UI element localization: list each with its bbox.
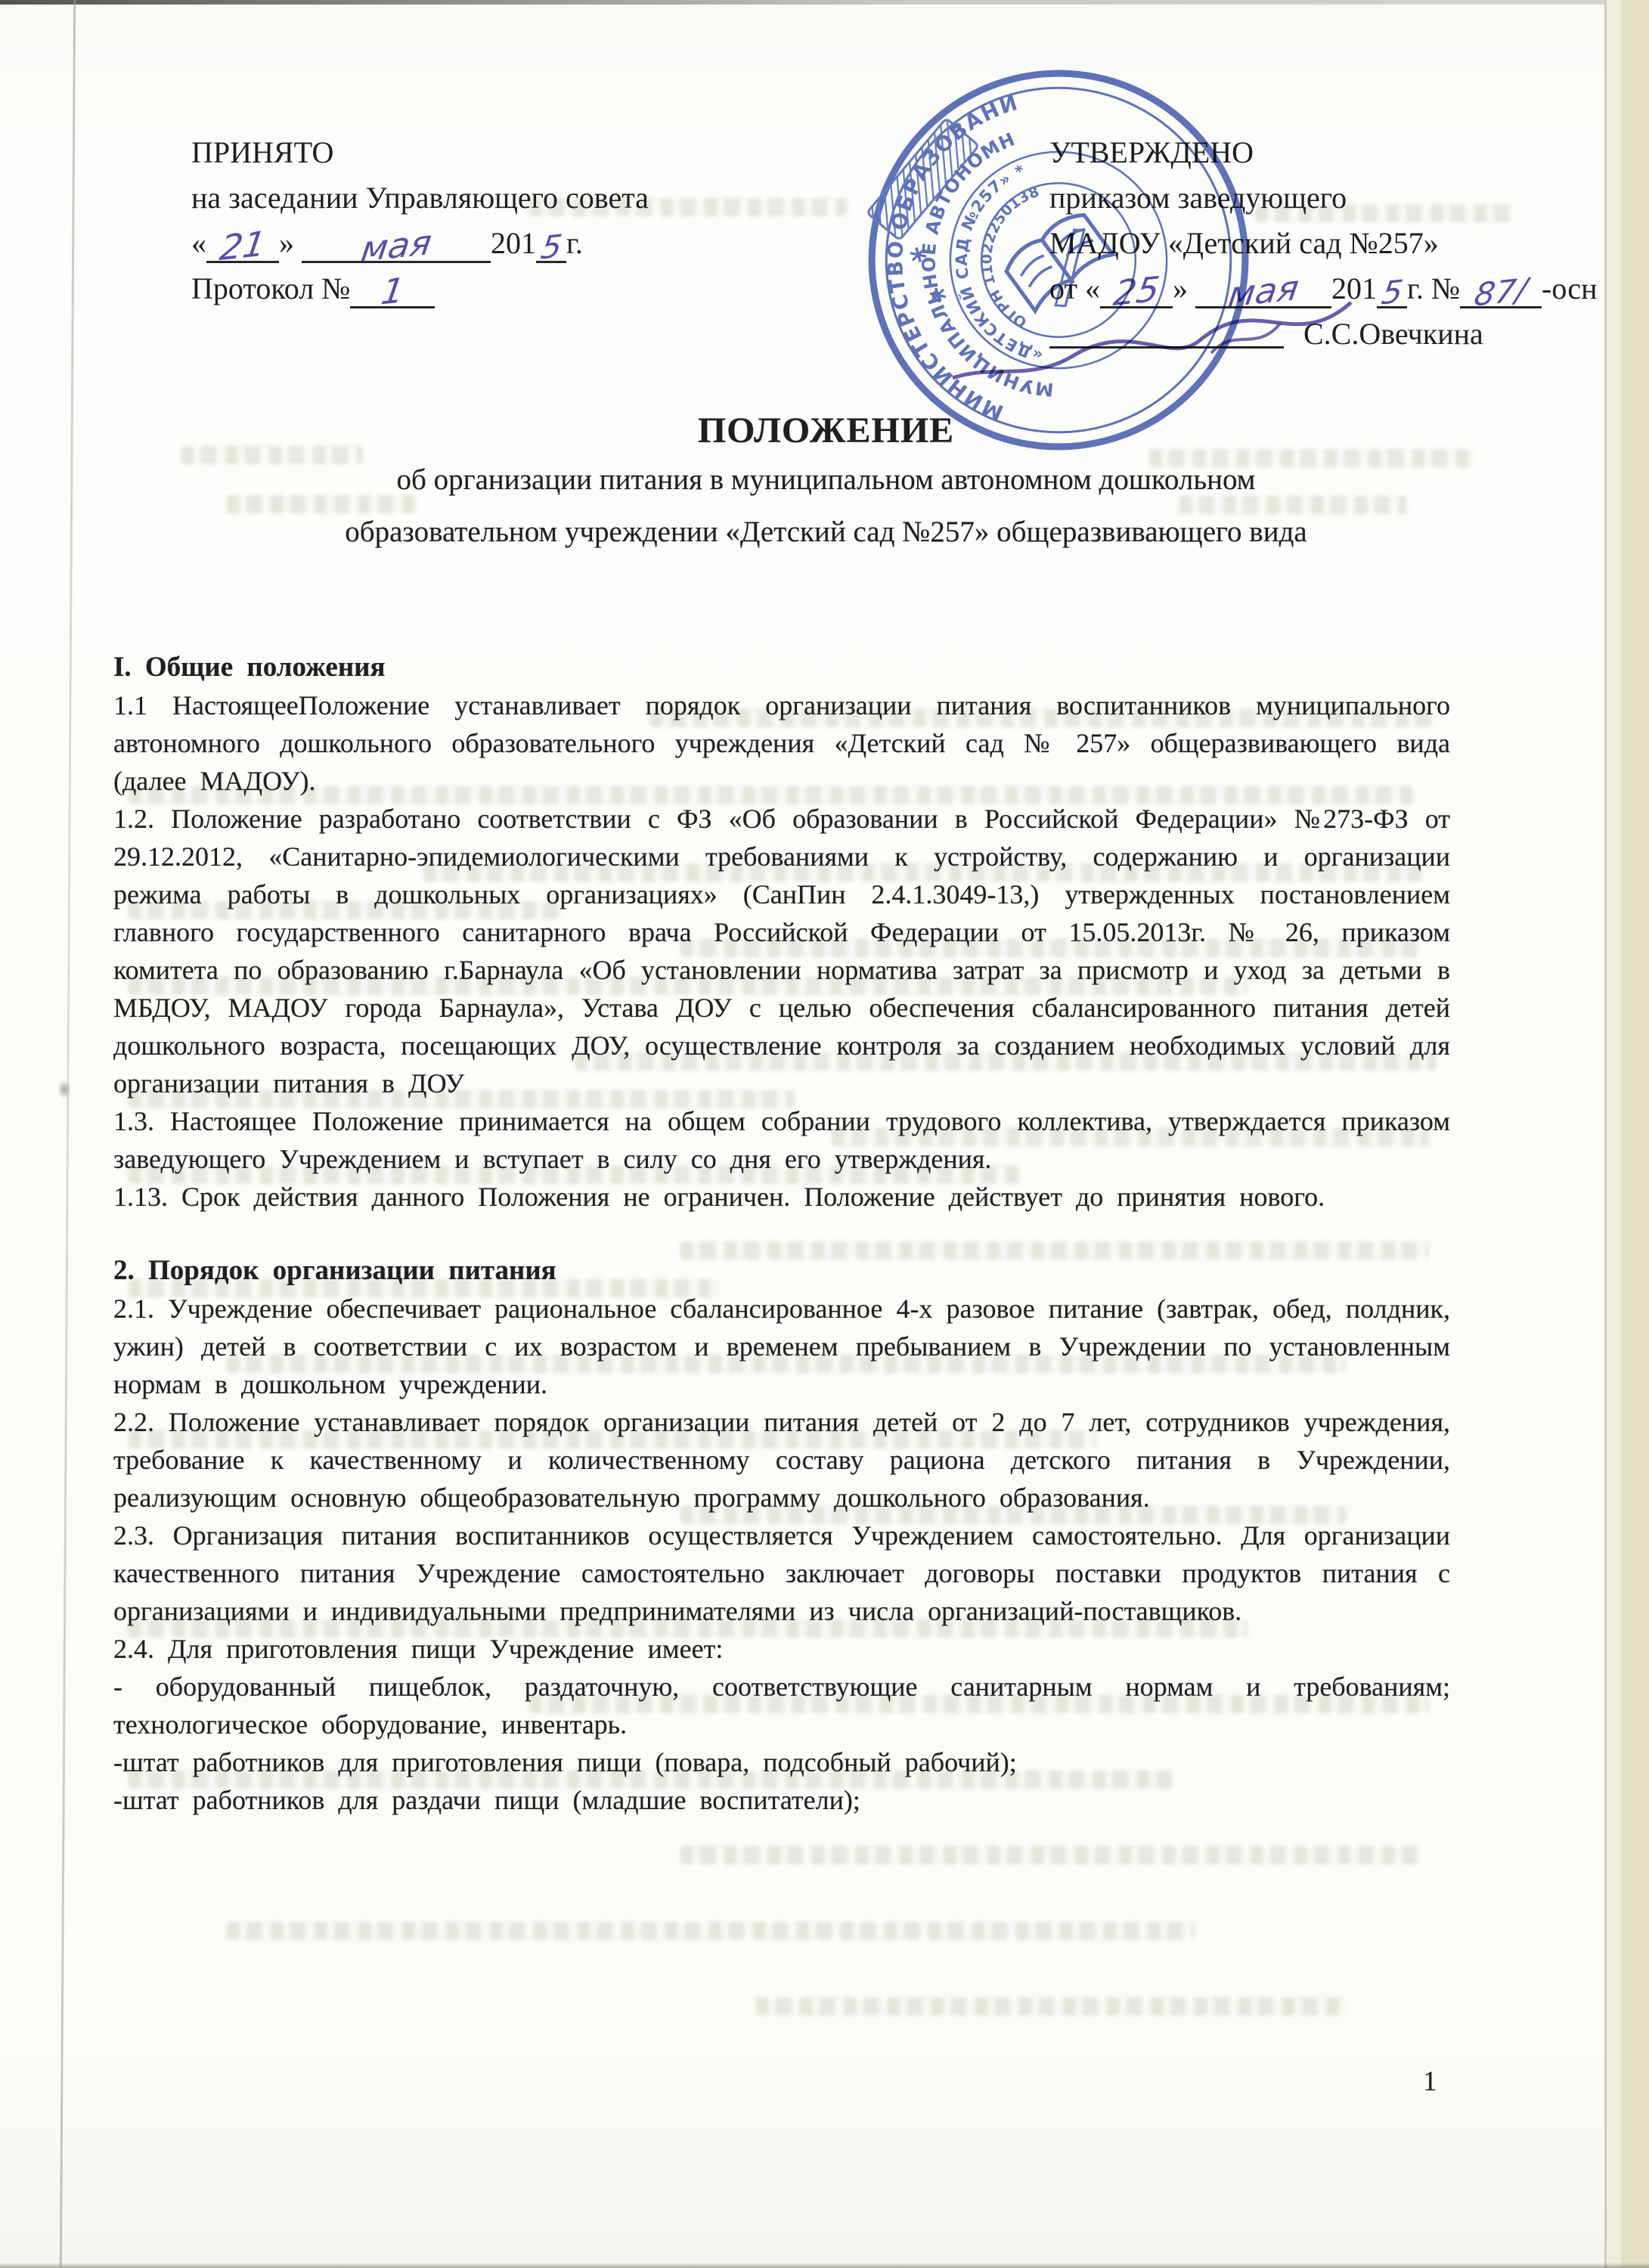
- paragraph: -штат работников для раздачи пищи (младш…: [113, 1781, 1450, 1819]
- paragraph: 2.4. Для приготовления пищи Учреждение и…: [113, 1630, 1450, 1668]
- bleed-through-text: [227, 1922, 1195, 1940]
- document-page: ПРИНЯТО на заседании Управляющего совета…: [0, 0, 1649, 2268]
- bleed-through-text: [680, 1846, 1421, 1864]
- paragraph: - оборудованный пищеблок, раздаточную, с…: [113, 1668, 1450, 1743]
- title-subtitle-line2: образовательном учреждении «Детский сад …: [91, 508, 1561, 556]
- section2-heading: 2. Порядок организации питания: [113, 1252, 1450, 1290]
- accepted-block: ПРИНЯТО на заседании Управляющего совета…: [191, 130, 649, 311]
- handwritten-day: 21: [219, 232, 267, 259]
- page-title: ПОЛОЖЕНИЕ: [91, 410, 1561, 451]
- scan-edge-bottom: [0, 2263, 1649, 2268]
- paragraph: 1.3. Настоящее Положение принимается на …: [113, 1102, 1450, 1178]
- paragraph: 2.2. Положение устанавливает порядок орг…: [113, 1403, 1450, 1517]
- paragraph: 1.1 НастоящееПоложение устанавливает пор…: [113, 686, 1450, 800]
- paragraph: 1.2. Положение разработано соответствии …: [113, 800, 1450, 1102]
- handwritten-month: мая: [360, 231, 433, 260]
- paragraph: 2.1. Учреждение обеспечивает рационально…: [113, 1290, 1450, 1403]
- accepted-date-line: «21» мая2015г.: [191, 221, 649, 266]
- protocol-line: Протокол №1: [191, 266, 649, 311]
- signature: [939, 281, 1393, 402]
- scan-edge-top: [0, 0, 1649, 5]
- binding-thread-knot: [57, 1080, 71, 1099]
- handwritten-year-digit: 5: [539, 235, 563, 260]
- accepted-title: ПРИНЯТО: [191, 130, 649, 175]
- page-number: 1: [1423, 2065, 1437, 2098]
- paragraph: 2.3. Организация питания воспитанников о…: [113, 1517, 1450, 1630]
- binding-thread: [60, 0, 76, 2268]
- handwritten-order-number: 87/: [1473, 279, 1528, 307]
- paragraph: 1.13. Срок действия данного Положения не…: [113, 1178, 1450, 1216]
- accepted-line2: на заседании Управляющего совета: [191, 175, 649, 221]
- section1-heading: I. Общие положения: [113, 649, 1450, 686]
- document-body: I. Общие положения 1.1 НастоящееПоложени…: [113, 649, 1450, 1819]
- paragraph: -штат работников для приготовления пищи …: [113, 1743, 1450, 1781]
- title-subtitle-line1: об организации питания в муниципальном а…: [91, 456, 1561, 503]
- bleed-through-text: [756, 1997, 1346, 2015]
- handwritten-protocol-number: 1: [380, 279, 405, 304]
- document-title-block: ПОЛОЖЕНИЕ об организации питания в муниц…: [91, 410, 1561, 556]
